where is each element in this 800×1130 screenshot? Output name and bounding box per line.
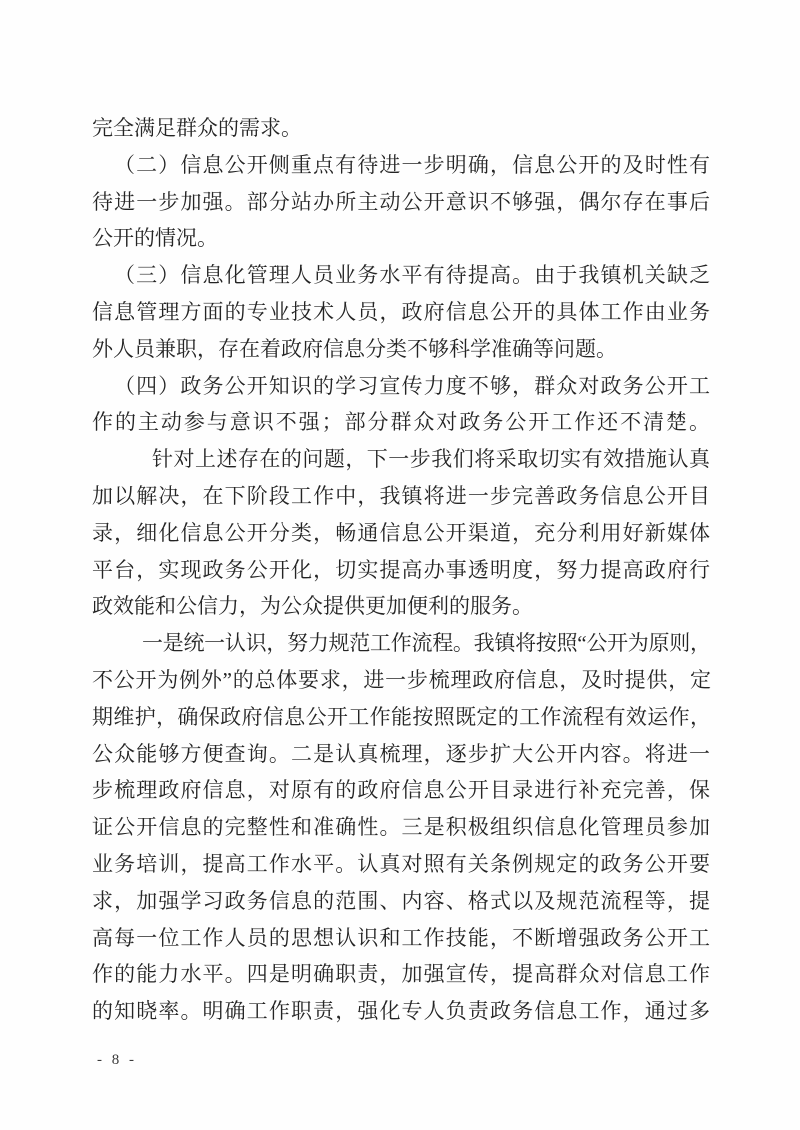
body-line: 信息管理方面的专业技术人员，政府信息公开的具体工作由业务	[92, 294, 710, 331]
document-body: 完全满足群众的需求。 （二）信息公开侧重点有待进一步明确，信息公开的及时性有 待…	[92, 110, 710, 1030]
body-line: 高每一位工作人员的思想认识和工作技能，不断增强政务公开工	[92, 920, 710, 957]
body-line: （三）信息化管理人员业务水平有待提高。由于我镇机关缺乏	[92, 257, 710, 294]
body-line: 公众能够方便查询。二是认真梳理，逐步扩大公开内容。将进一	[92, 736, 710, 773]
body-line: 证公开信息的完整性和准确性。三是积极组织信息化管理员参加	[92, 809, 710, 846]
body-line: 一是统一认识，努力规范工作流程。我镇将按照“公开为原则，	[92, 625, 710, 662]
body-line: 作的能力水平。四是明确职责，加强宣传，提高群众对信息工作	[92, 956, 710, 993]
body-line: （二）信息公开侧重点有待进一步明确，信息公开的及时性有	[92, 147, 710, 184]
body-line: 加以解决，在下阶段工作中，我镇将进一步完善政务信息公开目	[92, 478, 710, 515]
body-line: 针对上述存在的问题，下一步我们将采取切实有效措施认真	[92, 441, 710, 478]
body-line: 求，加强学习政务信息的范围、内容、格式以及规范流程等，提	[92, 883, 710, 920]
body-line: 的知晓率。明确工作职责，强化专人负责政务信息工作，通过多	[92, 993, 710, 1030]
body-line: （四）政务公开知识的学习宣传力度不够，群众对政务公开工	[92, 368, 710, 405]
document-page: 完全满足群众的需求。 （二）信息公开侧重点有待进一步明确，信息公开的及时性有 待…	[0, 0, 800, 1130]
body-line: 待进一步加强。部分站办所主动公开意识不够强，偶尔存在事后	[92, 184, 710, 221]
body-line: 录，细化信息公开分类，畅通信息公开渠道，充分利用好新媒体	[92, 515, 710, 552]
body-line: 外人员兼职，存在着政府信息分类不够科学准确等问题。	[92, 331, 710, 368]
body-line: 不公开为例外”的总体要求，进一步梳理政府信息，及时提供，定	[92, 662, 710, 699]
body-line: 期维护，确保政府信息公开工作能按照既定的工作流程有效运作，	[92, 699, 710, 736]
page-footer: - 8 -	[97, 1052, 137, 1069]
page-number: - 8 -	[97, 1052, 137, 1068]
body-line: 政效能和公信力，为公众提供更加便利的服务。	[92, 588, 710, 625]
body-line: 完全满足群众的需求。	[92, 110, 710, 147]
body-line: 步梳理政府信息，对原有的政府信息公开目录进行补充完善，保	[92, 772, 710, 809]
body-line: 公开的情况。	[92, 220, 710, 257]
body-line: 业务培训，提高工作水平。认真对照有关条例规定的政务公开要	[92, 846, 710, 883]
body-line: 作的主动参与意识不强；部分群众对政务公开工作还不清楚。	[92, 404, 710, 441]
body-line: 平台，实现政务公开化，切实提高办事透明度，努力提高政府行	[92, 552, 710, 589]
